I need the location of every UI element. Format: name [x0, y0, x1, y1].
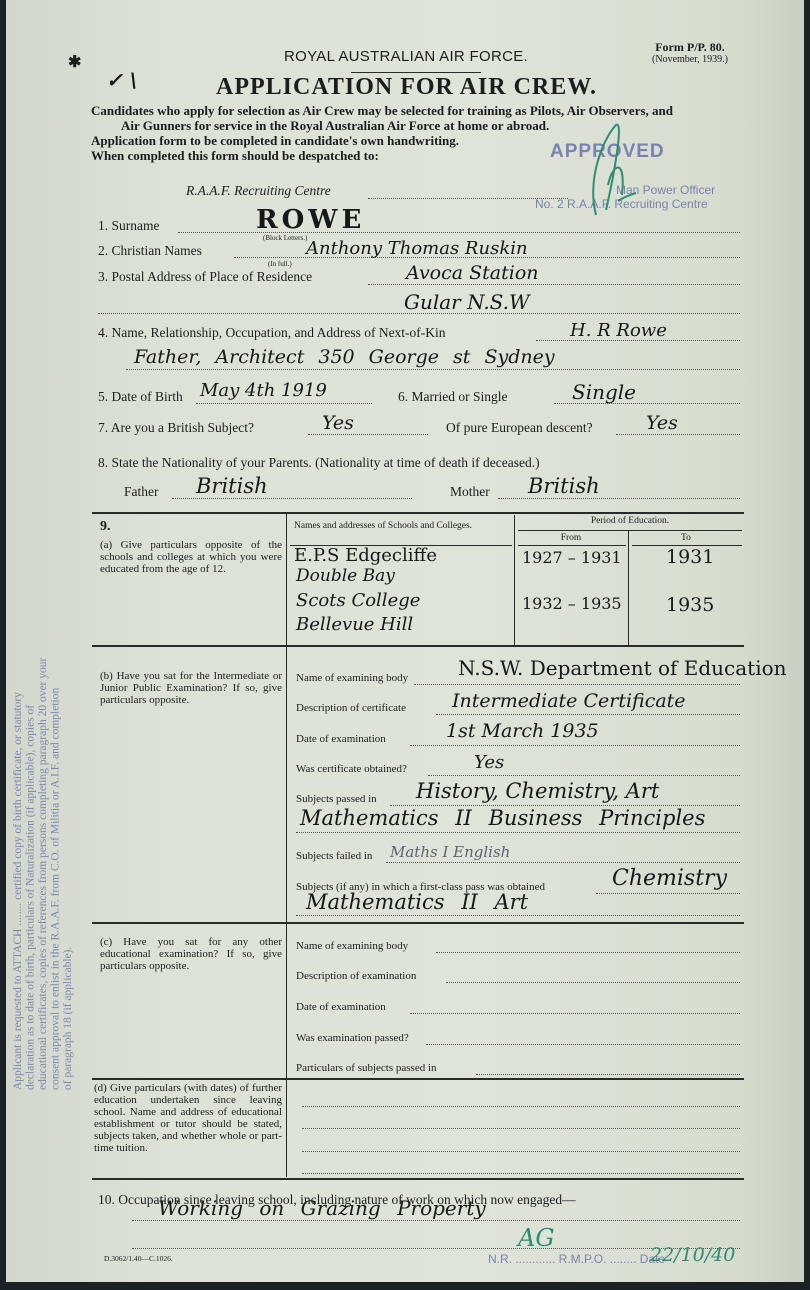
approval-signature-icon: [566, 115, 646, 225]
certificate-description-value[interactable]: Intermediate Certificate: [452, 690, 686, 712]
certificate-obtained-line: [428, 775, 740, 776]
form-number: Form P/P. 80.: [642, 40, 738, 55]
next-of-kin-label: 4. Name, Relationship, Occupation, and A…: [98, 325, 446, 341]
postal-address-line-1: [368, 284, 740, 285]
exam-date-value[interactable]: 1st March 1935: [446, 720, 599, 742]
occupation-line-2: [132, 1248, 740, 1249]
bottom-stamp: N.R. ............ R.M.P.O. ........ Date: [488, 1252, 665, 1266]
schools-period-divider: [514, 515, 515, 645]
subjects-failed-line: [386, 862, 740, 863]
other-exam-date-label: Date of examination: [296, 1001, 386, 1013]
next-of-kin-value-2[interactable]: Father, Architect 350 George st Sydney: [134, 346, 555, 368]
christian-names-label: 2. Christian Names: [98, 243, 202, 259]
other-exam-passed-label: Was examination passed?: [296, 1032, 409, 1044]
father-line: [172, 498, 412, 499]
first-class-pass-line-1: [596, 893, 740, 894]
occupation-value[interactable]: Working on Grazing Property: [158, 1196, 486, 1220]
school-from[interactable]: 1932 – 1935: [522, 594, 622, 613]
schools-column-header: Names and addresses of Schools and Colle…: [294, 521, 472, 531]
form-title: APPLICATION FOR AIR CREW.: [216, 74, 597, 101]
marital-status-value[interactable]: Single: [572, 380, 636, 404]
further-education-line-2[interactable]: [302, 1128, 740, 1129]
christian-names-value[interactable]: Anthony Thomas Ruskin: [306, 238, 528, 259]
further-education-line-4[interactable]: [302, 1173, 740, 1174]
next-of-kin-line-2: [126, 369, 740, 370]
pencil-marks: ✓ \: [106, 68, 137, 92]
postal-address-value-1[interactable]: Avoca Station: [406, 262, 539, 284]
further-education-line-3[interactable]: [302, 1151, 740, 1152]
section-9-top-rule: [92, 512, 744, 514]
exam-body-value[interactable]: N.S.W. Department of Education: [458, 656, 787, 680]
first-class-pass-value-2[interactable]: Mathematics II Art: [306, 890, 528, 914]
margin-instruction-stamp: Applicant is requested to ATTACH .......…: [12, 430, 75, 1090]
section-9c-instructions: (c) Have you sat for any other education…: [100, 936, 282, 972]
from-column-header: From: [518, 533, 624, 543]
intro-line: Candidates who apply for selection as Ai…: [91, 103, 751, 118]
postal-address-value-2[interactable]: Gular N.S.W: [404, 290, 530, 314]
surname-value[interactable]: ROWE: [256, 205, 365, 235]
bottom-initials: AG: [518, 1224, 555, 1252]
recruiting-centre-line[interactable]: [368, 198, 568, 199]
recruiting-centre-label: R.A.A.F. Recruiting Centre: [186, 183, 331, 199]
school-address[interactable]: Double Bay: [296, 566, 395, 586]
mother-line: [498, 498, 740, 499]
british-subject-line: [308, 434, 428, 435]
other-exam-description-label: Description of examination: [296, 970, 416, 982]
christian-names-hint: (In full.): [268, 260, 292, 268]
other-exam-body-line[interactable]: [436, 952, 740, 953]
next-of-kin-value-1[interactable]: H. R Rowe: [570, 320, 667, 341]
british-subject-label: 7. Are you a British Subject?: [98, 420, 254, 436]
exam-date-label: Date of examination: [296, 733, 386, 745]
bottom-stamp-date: 22/10/40: [650, 1244, 735, 1266]
school-to[interactable]: 1935: [666, 594, 714, 616]
margin-note-line: Applicant is requested to ATTACH .......…: [12, 430, 25, 1090]
surname-label: 1. Surname: [98, 218, 160, 234]
school-to[interactable]: 1931: [666, 546, 714, 568]
school-name[interactable]: E.P.S Edgecliffe: [294, 545, 437, 566]
father-value[interactable]: British: [196, 474, 268, 498]
father-label: Father: [124, 484, 159, 500]
other-exam-body-label: Name of examining body: [296, 940, 408, 952]
postal-address-label: 3. Postal Address of Place of Residence: [98, 269, 312, 285]
occupation-line-1: [132, 1220, 740, 1221]
school-from[interactable]: 1927 – 1931: [522, 548, 622, 567]
margin-note-line: of paragraph 18 (if applicable).: [62, 430, 75, 1090]
period-header-rule: [518, 530, 742, 531]
exam-date-line: [410, 745, 740, 746]
margin-note-line: educational certificates, copies of refe…: [37, 430, 50, 1090]
marital-status-label: 6. Married or Single: [398, 389, 507, 405]
section-9d-bottom-rule: [92, 1178, 744, 1180]
european-descent-label: Of pure European descent?: [446, 420, 593, 436]
school-name[interactable]: Scots College: [296, 590, 420, 611]
mother-value[interactable]: British: [528, 474, 600, 498]
margin-note-line: consent approval to enlist in the R.A.A.…: [50, 430, 63, 1090]
other-exam-particulars-line[interactable]: [476, 1074, 740, 1075]
other-exam-date-line[interactable]: [410, 1013, 740, 1014]
subjects-failed-value[interactable]: Maths I English: [390, 843, 510, 861]
european-descent-value[interactable]: Yes: [646, 412, 678, 434]
bullet-mark: ✱: [68, 52, 81, 72]
certificate-obtained-value[interactable]: Yes: [474, 752, 504, 773]
parents-nationality-label: 8. State the Nationality of your Parents…: [98, 455, 540, 471]
first-class-pass-value-1[interactable]: Chemistry: [612, 866, 727, 891]
date-of-birth-value[interactable]: May 4th 1919: [200, 380, 327, 401]
subjects-passed-line-2: [296, 832, 740, 833]
section-9-number: 9.: [100, 519, 111, 535]
to-column-header: To: [630, 533, 742, 543]
certificate-description-line: [436, 714, 740, 715]
org-underline: [351, 72, 481, 73]
first-class-pass-line-2: [296, 915, 740, 916]
from-to-divider: [628, 531, 629, 645]
school-address[interactable]: Bellevue Hill: [296, 614, 413, 635]
application-form-page: Applicant is requested to ATTACH .......…: [6, 0, 804, 1282]
other-exam-passed-line[interactable]: [426, 1044, 740, 1045]
section-9d-instructions: (d) Give particulars (with dates) of fur…: [94, 1082, 282, 1154]
certificate-description-label: Description of certificate: [296, 702, 406, 714]
subjects-passed-label: Subjects passed in: [296, 793, 377, 805]
certificate-obtained-label: Was certificate obtained?: [296, 763, 407, 775]
other-exam-particulars-label: Particulars of subjects passed in: [296, 1062, 437, 1074]
intro-line: Air Gunners for service in the Royal Aus…: [91, 118, 751, 133]
subjects-passed-value-2[interactable]: Mathematics II Business Principles: [300, 806, 705, 830]
section-9a-instructions: (a) Give particulars opposite of the sch…: [100, 539, 282, 575]
subjects-failed-label: Subjects failed in: [296, 850, 372, 862]
section-9c-bottom-rule: [92, 1078, 744, 1080]
further-education-line-1[interactable]: [302, 1106, 740, 1107]
print-code: D.3062/1.40—C.1026.: [104, 1254, 173, 1263]
section-9a-bottom-rule: [92, 645, 744, 647]
form-date: (November, 1939.): [636, 54, 744, 65]
section-9b-instructions: (b) Have you sat for the Intermediate or…: [100, 670, 282, 706]
date-of-birth-line: [196, 403, 372, 404]
exam-body-line: [414, 684, 740, 685]
exam-body-label: Name of examining body: [296, 672, 408, 684]
section-9b-bottom-rule: [92, 922, 744, 924]
other-exam-description-line[interactable]: [446, 982, 740, 983]
british-subject-value[interactable]: Yes: [322, 412, 354, 434]
date-of-birth-label: 5. Date of Birth: [98, 389, 183, 405]
subjects-passed-value-1[interactable]: History, Chemistry, Art: [416, 779, 659, 803]
from-header-rule: [518, 545, 626, 546]
european-descent-line: [616, 434, 740, 435]
margin-note-line: declaration as to date of birth, particu…: [25, 430, 38, 1090]
mother-label: Mother: [450, 484, 490, 500]
surname-hint: (Block Letters.): [263, 234, 307, 242]
org-name: ROYAL AUSTRALIAN AIR FORCE.: [284, 48, 528, 65]
period-column-header: Period of Education.: [518, 516, 742, 526]
